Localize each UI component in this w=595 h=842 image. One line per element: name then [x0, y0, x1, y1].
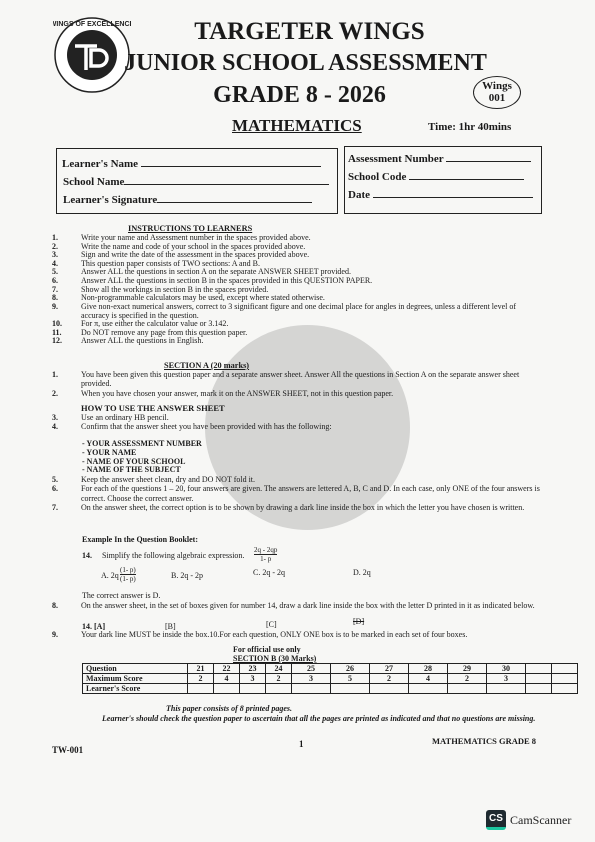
table-row: Question21222324252627282930 [83, 664, 578, 674]
score-cell: 27 [370, 664, 409, 674]
paper-code-badge: Wings 001 [473, 76, 521, 109]
example-question-number: 14. [82, 551, 92, 560]
option-c: C. 2q - 2q [253, 568, 285, 577]
section-a-heading: SECTION A (20 marks) [164, 361, 249, 370]
score-input-cell[interactable] [214, 684, 240, 694]
school-code-field[interactable]: School Code [348, 170, 524, 183]
score-cell: 3 [240, 674, 266, 684]
table-row: Maximum Score2432352423 [83, 674, 578, 684]
score-cell: 25 [292, 664, 331, 674]
school-name-field[interactable]: School Name [63, 175, 329, 188]
score-table: Question21222324252627282930Maximum Scor… [82, 663, 578, 694]
score-cell [552, 674, 578, 684]
score-input-cell[interactable] [370, 684, 409, 694]
how-to-heading: HOW TO USE THE ANSWER SHEET [81, 404, 225, 413]
section-b-heading: SECTION B (30 Marks) [233, 654, 316, 663]
score-cell: 22 [214, 664, 240, 674]
score-input-cell[interactable] [409, 684, 448, 694]
score-cell: 4 [214, 674, 240, 684]
score-cell: 2 [188, 674, 214, 684]
table-row: Learner's Score [83, 684, 578, 694]
score-cell [526, 664, 552, 674]
score-input-cell[interactable] [448, 684, 487, 694]
score-cell: 29 [448, 664, 487, 674]
score-input-cell[interactable] [188, 684, 214, 694]
camscanner-label: CamScanner [510, 813, 571, 828]
checklist-item: - NAME OF THE SUBJECT [82, 465, 181, 474]
score-cell: 30 [487, 664, 526, 674]
score-cell [526, 674, 552, 684]
example-question: Simplify the following algebraic express… [102, 551, 244, 560]
score-cell: 3 [292, 674, 331, 684]
assessment-number-field[interactable]: Assessment Number [348, 152, 531, 165]
time-allowed: Time: 1hr 40mins [428, 121, 511, 133]
option-b: B. 2q - 2p [171, 571, 203, 580]
pages-note: This paper consists of 8 printed pages. [166, 704, 292, 713]
answer-box-d-marked: [D] [353, 617, 364, 626]
score-cell: 28 [409, 664, 448, 674]
correct-answer-text: The correct answer is D. [82, 591, 160, 600]
score-input-cell[interactable] [240, 684, 266, 694]
assessment-details-box: Assessment Number School Code Date [344, 146, 542, 214]
subject-title: MATHEMATICS [232, 116, 362, 136]
official-use-label: For official use only [233, 645, 301, 654]
example-heading: Example In the Question Booklet: [82, 535, 198, 544]
score-cell: 26 [331, 664, 370, 674]
example-expression: 2q - 2qp 1- p [254, 546, 277, 563]
footer-subject: MATHEMATICS GRADE 8 [432, 737, 536, 746]
score-input-cell[interactable] [526, 684, 552, 694]
date-field[interactable]: Date [348, 188, 533, 201]
option-d: D. 2q [353, 568, 371, 577]
score-input-cell[interactable] [487, 684, 526, 694]
option-a: A. 2q [101, 571, 119, 580]
score-input-cell[interactable] [331, 684, 370, 694]
score-input-cell[interactable] [266, 684, 292, 694]
score-input-cell[interactable] [292, 684, 331, 694]
answer-box-c: [C] [266, 620, 277, 629]
paper-code: TW-001 [52, 746, 83, 755]
score-cell: 2 [448, 674, 487, 684]
score-cell: 24 [266, 664, 292, 674]
score-cell: 23 [240, 664, 266, 674]
score-cell: 5 [331, 674, 370, 684]
score-cell: 3 [487, 674, 526, 684]
learner-name-field[interactable]: Learner's Name [62, 157, 321, 170]
score-input-cell[interactable] [552, 684, 578, 694]
camscanner-logo-icon: CS [486, 810, 506, 830]
score-cell: 2 [266, 674, 292, 684]
step-8: 8. On the answer sheet, in the set of bo… [52, 601, 542, 621]
learner-details-box: Learner's Name School Name Learner's Sig… [56, 148, 338, 214]
title-line2: JUNIOR SCHOOL ASSESSMENT [8, 50, 595, 77]
score-cell: 2 [370, 674, 409, 684]
score-cell: 21 [188, 664, 214, 674]
score-cell: 4 [409, 674, 448, 684]
instructions-heading: INSTRUCTIONS TO LEARNERS [128, 224, 252, 233]
score-cell [552, 664, 578, 674]
check-note: Learner's should check the question pape… [102, 714, 542, 724]
option-a-fraction: (1- p) (1- p) [120, 566, 136, 583]
title-line1: TARGETER WINGS [12, 18, 595, 46]
learner-signature-field[interactable]: Learner's Signature [63, 193, 312, 206]
page-number: 1 [299, 740, 304, 749]
